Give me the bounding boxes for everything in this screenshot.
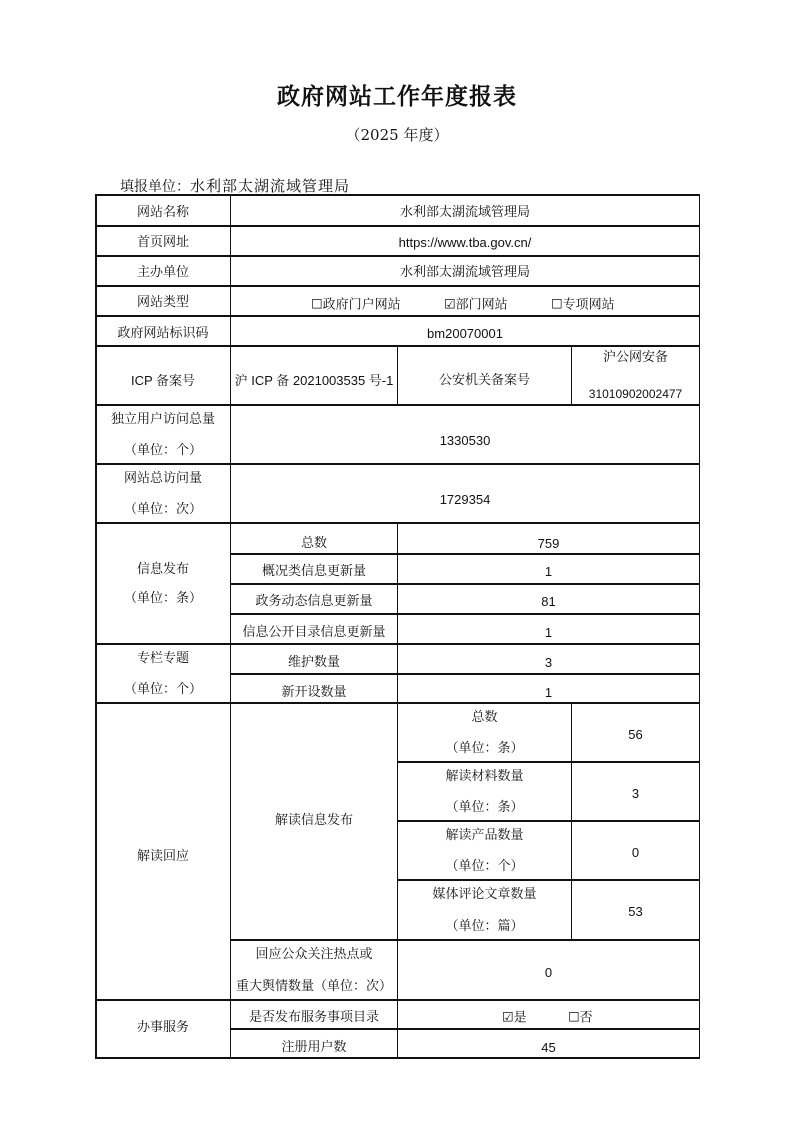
unit-label: （单位：个） [124, 444, 202, 459]
interp-product-title: 解读产品数量 [445, 829, 523, 844]
services-label: 办事服务 [96, 1000, 230, 1057]
report-title: 政府网站工作年度报表 [0, 78, 794, 111]
checkbox-unchecked-icon[interactable]: ☐ [551, 298, 563, 313]
news-update-value: 81 [398, 584, 699, 613]
unit-label: （单位：个） [124, 683, 202, 698]
police-record-number: 31010902002477 [589, 388, 682, 402]
option-special-site[interactable]: ☐专项网站 [551, 299, 615, 314]
unit-label: （单位：条） [445, 801, 523, 816]
site-type-options: ☐政府门户网站 ☑部门网站 ☐专项网站 [231, 286, 699, 315]
registered-users-value: 45 [398, 1029, 699, 1057]
interpretation-publish-label: 解读信息发布 [231, 703, 397, 939]
sponsor-value: 水利部太湖流域管理局 [231, 256, 699, 285]
total-visits-title: 网站总访问量 [124, 472, 202, 487]
icp-value: 沪 ICP 备 2021003535 号-1 [231, 346, 397, 404]
news-update-label: 政务动态信息更新量 [231, 584, 397, 613]
unique-visitors-label: 独立用户访问总量 （单位：个） [96, 405, 230, 463]
total-visits-value: 1729354 [231, 464, 699, 522]
total-visits-label: 网站总访问量 （单位：次） [96, 464, 230, 522]
maintained-count-label: 维护数量 [231, 644, 397, 673]
service-catalog-label: 是否发布服务事项目录 [231, 1000, 397, 1028]
icp-label: ICP 备案号 [96, 346, 230, 404]
media-article-value: 53 [572, 880, 699, 939]
info-total-value: 759 [398, 523, 699, 553]
public-response-line1: 回应公众关注热点或 [255, 948, 372, 963]
unique-visitors-title: 独立用户访问总量 [111, 413, 215, 428]
police-record-label: 公安机关备案号 [398, 346, 571, 404]
police-record-value: 沪公网安备 31010902002477 [572, 346, 699, 404]
new-count-value: 1 [398, 674, 699, 702]
maintained-count-value: 3 [398, 644, 699, 673]
overview-update-value: 1 [398, 554, 699, 583]
homepage-url[interactable]: https://www.tba.gov.cn/ [231, 226, 699, 255]
service-catalog-options: ☑是 ☐否 [398, 1000, 699, 1028]
interp-material-value: 3 [572, 762, 699, 820]
option-no[interactable]: ☐否 [568, 1012, 593, 1027]
interp-material-title: 解读材料数量 [445, 770, 523, 785]
option-label: 是 [514, 1011, 527, 1026]
columns-title: 专栏专题 [137, 652, 189, 667]
interp-total-label: 总数 （单位：条） [398, 703, 571, 761]
site-id-label: 政府网站标识码 [96, 316, 230, 345]
sponsor-label: 主办单位 [96, 256, 230, 285]
option-label: 政府门户网站 [323, 298, 401, 313]
site-name-label: 网站名称 [96, 196, 230, 225]
option-label: 部门网站 [456, 298, 508, 313]
unit-label: （单位：次） [124, 503, 202, 518]
media-article-title: 媒体评论文章数量 [432, 888, 536, 903]
filler-unit: 填报单位：水利部太湖流域管理局 [120, 175, 350, 196]
interp-product-label: 解读产品数量 （单位：个） [398, 821, 571, 879]
homepage-label: 首页网址 [96, 226, 230, 255]
site-id-value: bm20070001 [231, 316, 699, 345]
checkbox-unchecked-icon[interactable]: ☐ [568, 1011, 580, 1026]
interp-product-value: 0 [572, 821, 699, 879]
filler-label: 填报单位： [120, 179, 190, 195]
public-response-value: 0 [398, 940, 699, 999]
report-year: （2025 年度） [0, 124, 794, 145]
info-total-label: 总数 [231, 523, 397, 553]
disclosure-update-value: 1 [398, 614, 699, 643]
filler-value: 水利部太湖流域管理局 [190, 177, 350, 195]
unit-label: （单位：条） [445, 742, 523, 757]
disclosure-update-label: 信息公开目录信息更新量 [231, 614, 397, 643]
site-type-label: 网站类型 [96, 286, 230, 315]
media-article-label: 媒体评论文章数量 （单位：篇） [398, 880, 571, 939]
columns-label: 专栏专题 （单位：个） [96, 644, 230, 702]
overview-update-label: 概况类信息更新量 [231, 554, 397, 583]
interp-material-label: 解读材料数量 （单位：条） [398, 762, 571, 820]
info-publish-title: 信息发布 [137, 563, 189, 578]
public-response-label: 回应公众关注热点或 重大舆情数量（单位：次） [231, 940, 397, 999]
option-yes[interactable]: ☑是 [502, 1012, 527, 1027]
unit-label: （单位：个） [445, 860, 523, 875]
interp-total-value: 56 [572, 703, 699, 761]
checkbox-checked-icon[interactable]: ☑ [444, 298, 456, 313]
interpretation-label: 解读回应 [96, 703, 230, 999]
info-publish-label: 信息发布 （单位：条） [96, 523, 230, 643]
site-name-value: 水利部太湖流域管理局 [231, 196, 699, 225]
checkbox-unchecked-icon[interactable]: ☐ [311, 298, 323, 313]
checkbox-checked-icon[interactable]: ☑ [502, 1011, 514, 1026]
option-label: 否 [580, 1011, 593, 1026]
registered-users-label: 注册用户数 [231, 1029, 397, 1057]
interp-total-title: 总数 [471, 711, 497, 726]
unique-visitors-value: 1330530 [231, 405, 699, 463]
police-record-prefix: 沪公网安备 [603, 351, 668, 366]
option-portal-site[interactable]: ☐政府门户网站 [311, 299, 401, 314]
new-count-label: 新开设数量 [231, 674, 397, 702]
unit-label: （单位：篇） [445, 920, 523, 935]
unit-label: （单位：条） [124, 592, 202, 607]
option-label: 专项网站 [563, 298, 615, 313]
public-response-line2: 重大舆情数量（单位：次） [236, 980, 392, 995]
option-department-site[interactable]: ☑部门网站 [444, 299, 508, 314]
